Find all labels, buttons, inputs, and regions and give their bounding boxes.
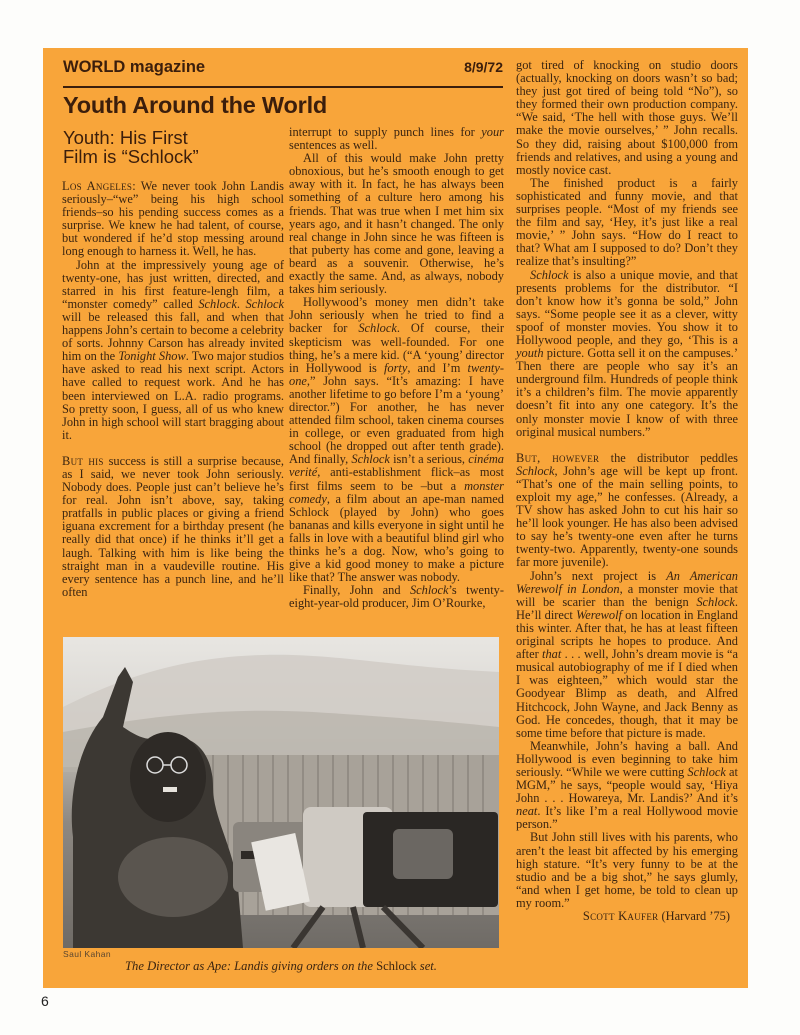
section-title: Youth Around the World [63,92,327,119]
article-column-1: Los Angeles: We never took John Landis s… [62,180,284,599]
article-photo [63,637,499,948]
paragraph: interrupt to supply punch lines for your… [289,126,504,152]
masthead: WORLD magazine 8/9/72 [63,58,503,77]
paragraph: Meanwhile, John’s having a ball. And Hol… [516,740,738,832]
paragraph: But, however the distributor peddles Sch… [516,452,738,570]
paragraph: But his success is still a surprise beca… [62,455,284,599]
paragraph: But John still lives with his parents, w… [516,831,738,910]
author-name: Scott Kaufer [583,909,659,923]
article-column-2: interrupt to supply punch lines for your… [289,126,504,610]
dateline: Los Angeles: [62,179,136,193]
headline-line-2: Film is “Schlock” [63,147,283,166]
paragraph: John at the impressively young age of tw… [62,259,284,442]
paragraph: All of this would make John pretty obnox… [289,152,504,296]
publication-name: WORLD magazine [63,58,205,76]
issue-date: 8/9/72 [464,59,503,75]
paragraph: got tired of knocking on studio doors (a… [516,59,738,177]
photo-credit: Saul Kahan [63,949,111,959]
byline: Scott Kaufer (Harvard ’75) [516,910,738,923]
ape-and-camera-illustration [63,637,499,948]
photo-caption: The Director as Ape: Landis giving order… [63,959,499,974]
page-number: 6 [41,993,49,1009]
article-headline: Youth: His First Film is “Schlock” [63,128,283,166]
paragraph: Hollywood’s money men didn’t take John s… [289,296,504,584]
article-column-3: got tired of knocking on studio doors (a… [516,59,738,923]
paragraph: John’s next project is An American Werew… [516,570,738,740]
headline-line-1: Youth: His First [63,128,283,147]
masthead-rule [63,86,503,88]
paragraph: Los Angeles: We never took John Landis s… [62,180,284,259]
paragraph: Schlock is also a unique movie, and that… [516,269,738,439]
paragraph: Finally, John and Schlock’s twenty-eight… [289,584,504,610]
paragraph: The finished product is a fairly sophist… [516,177,738,269]
